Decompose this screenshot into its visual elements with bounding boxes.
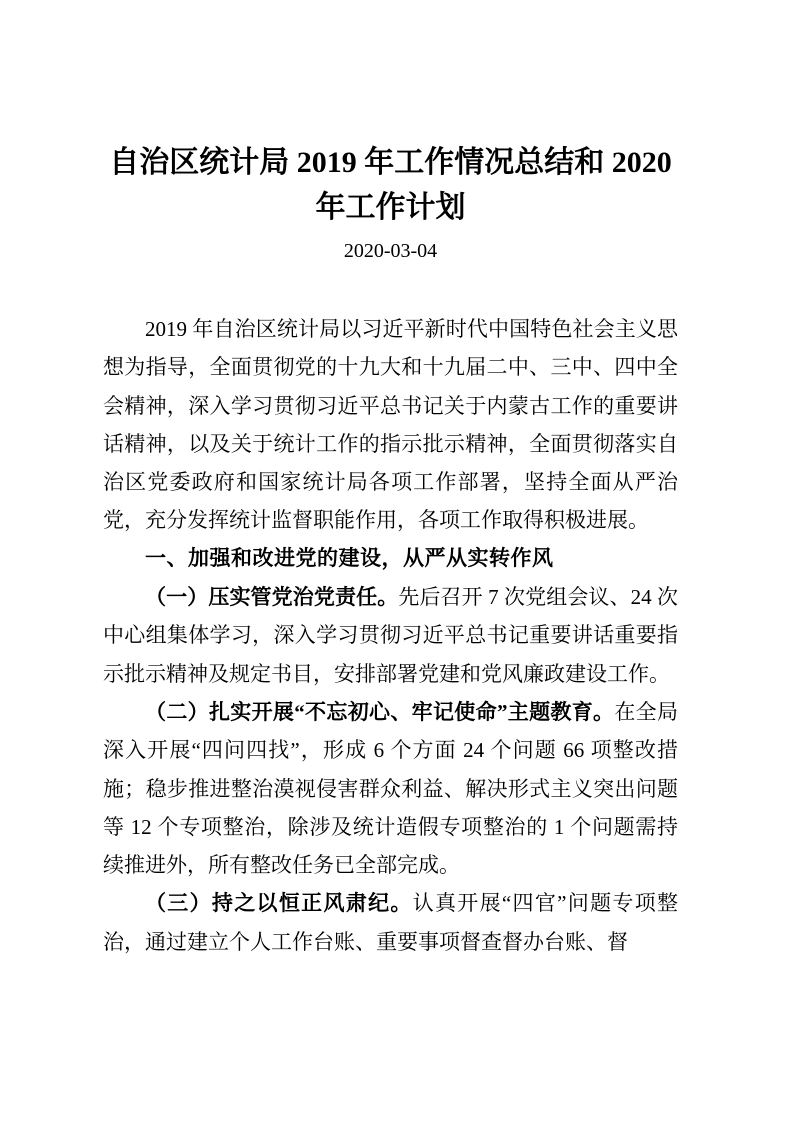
intro-paragraph: 2019 年自治区统计局以习近平新时代中国特色社会主义思想为指导，全面贯彻党的十… xyxy=(103,310,678,540)
document-content: 2019 年自治区统计局以习近平新时代中国特色社会主义思想为指导，全面贯彻党的十… xyxy=(103,310,678,961)
clause-text: 在全局深入开展“四问四找”，形成 6 个方面 24 个问题 66 项整改措施；稳… xyxy=(103,700,678,877)
clause-lead: （三）持之以恒正风肃纪。 xyxy=(145,891,413,915)
document-body: 自治区统计局 2019 年工作情况总结和 2020 年工作计划 2020-03-… xyxy=(103,0,678,961)
document-date: 2020-03-04 xyxy=(103,239,678,263)
document-page: 自治区统计局 2019 年工作情况总结和 2020 年工作计划 2020-03-… xyxy=(0,0,793,1122)
clause-paragraph: （三）持之以恒正风肃纪。认真开展“四官”问题专项整治，通过建立个人工作台账、重要… xyxy=(103,884,678,961)
clause-lead: （二）扎实开展“不忘初心、牢记使命”主题教育。 xyxy=(145,700,614,724)
section-heading: 一、加强和改进党的建设，从严从实转作风 xyxy=(103,540,678,578)
clause-paragraph: （一）压实管党治党责任。先后召开 7 次党组会议、24 次中心组集体学习，深入学… xyxy=(103,578,678,693)
clause-lead: （一）压实管党治党责任。 xyxy=(145,585,398,609)
document-title: 自治区统计局 2019 年工作情况总结和 2020 年工作计划 xyxy=(103,0,678,230)
clause-paragraph: （二）扎实开展“不忘初心、牢记使命”主题教育。在全局深入开展“四问四找”，形成 … xyxy=(103,693,678,884)
